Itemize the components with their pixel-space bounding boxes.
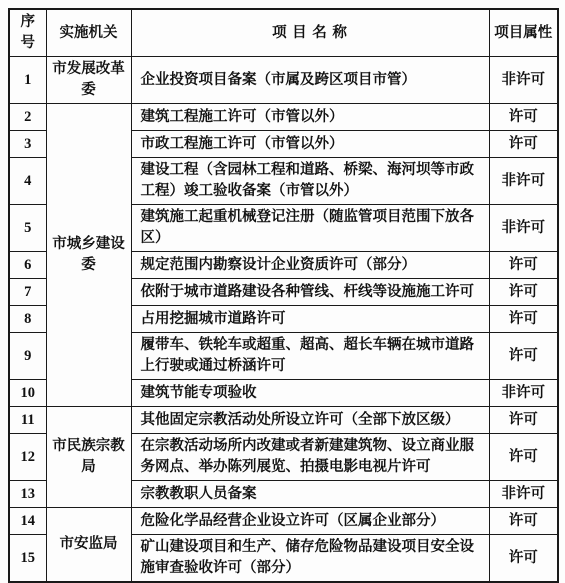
attribute-cell: 许可 <box>489 252 558 279</box>
seq-cell: 12 <box>9 434 46 481</box>
seq-cell: 2 <box>9 104 46 131</box>
seq-cell: 3 <box>9 131 46 158</box>
seq-cell: 7 <box>9 279 46 306</box>
seq-cell: 8 <box>9 306 46 333</box>
table-row: 11市民族宗教局其他固定宗教活动处所设立许可（全部下放区级）许可 <box>9 407 558 434</box>
seq-cell: 4 <box>9 158 46 205</box>
project-name-cell: 市政工程施工许可（市管以外） <box>131 131 489 158</box>
table-row: 1市发展改革委企业投资项目备案（市属及跨区项目市管）非许可 <box>9 57 558 104</box>
approval-items-table-wrap: 序号 实施机关 项 目 名 称 项目属性 1市发展改革委企业投资项目备案（市属及… <box>8 8 557 498</box>
header-row: 序号 实施机关 项 目 名 称 项目属性 <box>9 9 558 57</box>
seq-cell: 6 <box>9 252 46 279</box>
agency-cell: 市城乡建设委 <box>46 104 131 407</box>
project-name-cell: 依附于城市道路建设各种管线、杆线等设施施工许可 <box>131 279 489 306</box>
project-name-cell: 宗教教职人员备案 <box>131 481 489 499</box>
project-name-cell: 履带车、铁轮车或超重、超高、超长车辆在城市道路上行驶或通过桥涵许可 <box>131 333 489 380</box>
header-agency: 实施机关 <box>46 9 131 57</box>
attribute-cell: 许可 <box>489 131 558 158</box>
seq-cell: 9 <box>9 333 46 380</box>
attribute-cell: 许可 <box>489 279 558 306</box>
project-name-cell: 占用挖掘城市道路许可 <box>131 306 489 333</box>
table-row: 2市城乡建设委建筑工程施工许可（市管以外）许可 <box>9 104 558 131</box>
project-name-cell: 其他固定宗教活动处所设立许可（全部下放区级） <box>131 407 489 434</box>
project-name-cell: 建筑工程施工许可（市管以外） <box>131 104 489 131</box>
attribute-cell: 非许可 <box>489 380 558 407</box>
seq-cell: 11 <box>9 407 46 434</box>
attribute-cell: 许可 <box>489 407 558 434</box>
attribute-cell: 许可 <box>489 434 558 481</box>
header-attribute: 项目属性 <box>489 9 558 57</box>
project-name-cell: 建筑施工起重机械登记注册（随监管项目范围下放各区） <box>131 205 489 252</box>
attribute-cell: 许可 <box>489 333 558 380</box>
project-name-cell: 建设工程（含园林工程和道路、桥梁、海河坝等市政工程）竣工验收备案（市管以外） <box>131 158 489 205</box>
header-project-name: 项 目 名 称 <box>131 9 489 57</box>
header-seq: 序号 <box>9 9 46 57</box>
approval-items-table: 序号 实施机关 项 目 名 称 项目属性 1市发展改革委企业投资项目备案（市属及… <box>8 8 559 498</box>
attribute-cell: 非许可 <box>489 158 558 205</box>
attribute-cell: 非许可 <box>489 57 558 104</box>
seq-cell: 13 <box>9 481 46 499</box>
project-name-cell: 企业投资项目备案（市属及跨区项目市管） <box>131 57 489 104</box>
attribute-cell: 许可 <box>489 306 558 333</box>
attribute-cell: 非许可 <box>489 205 558 252</box>
project-name-cell: 规定范围内勘察设计企业资质许可（部分） <box>131 252 489 279</box>
agency-cell: 市民族宗教局 <box>46 407 131 499</box>
seq-cell: 1 <box>9 57 46 104</box>
seq-cell: 5 <box>9 205 46 252</box>
seq-cell: 10 <box>9 380 46 407</box>
table-body: 1市发展改革委企业投资项目备案（市属及跨区项目市管）非许可2市城乡建设委建筑工程… <box>9 57 558 499</box>
agency-cell: 市发展改革委 <box>46 57 131 104</box>
project-name-cell: 建筑节能专项验收 <box>131 380 489 407</box>
attribute-cell: 许可 <box>489 104 558 131</box>
project-name-cell: 在宗教活动场所内改建或者新建建筑物、设立商业服务网点、举办陈列展览、拍摄电影电视… <box>131 434 489 481</box>
attribute-cell: 非许可 <box>489 481 558 499</box>
table-header: 序号 实施机关 项 目 名 称 项目属性 <box>9 9 558 57</box>
